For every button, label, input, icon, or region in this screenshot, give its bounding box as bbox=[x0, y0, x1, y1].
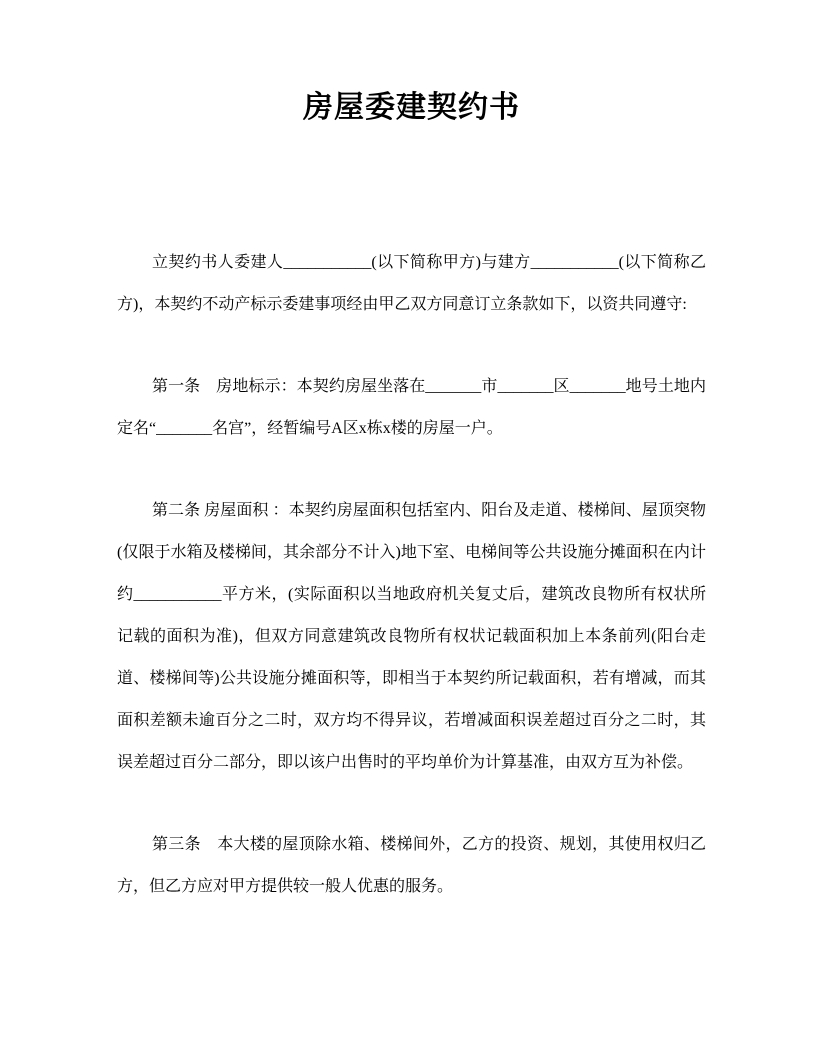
paragraph-article-2: 第二条 房屋面积 ：本契约房屋面积包括室内、阳台及走道、楼梯间、屋顶突物(仅限于… bbox=[117, 490, 706, 784]
document-body: 立契约书人委建人___________(以下简称甲方)与建方__________… bbox=[117, 242, 706, 908]
document-title: 房屋委建契约书 bbox=[117, 88, 706, 128]
paragraph-preamble: 立契约书人委建人___________(以下简称甲方)与建方__________… bbox=[117, 242, 706, 326]
paragraph-article-3: 第三条 本大楼的屋顶除水箱、楼梯间外，乙方的投资、规划，其使用权归乙方，但乙方应… bbox=[117, 824, 706, 908]
document-page: 房屋委建契约书 立契约书人委建人___________(以下简称甲方)与建方__… bbox=[0, 0, 816, 1056]
paragraph-article-1: 第一条 房地标示：本契约房屋坐落在_______市_______区_______… bbox=[117, 366, 706, 450]
